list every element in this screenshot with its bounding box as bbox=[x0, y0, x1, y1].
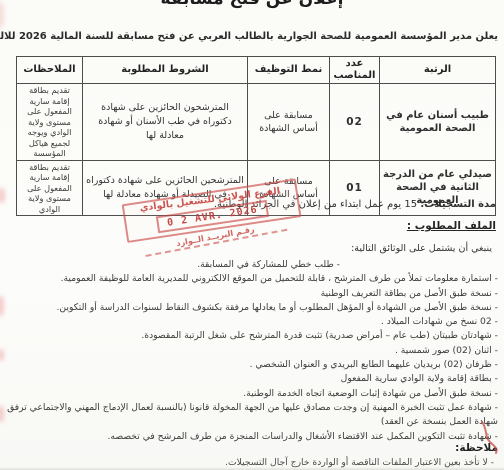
list-item: - نسخة طبق الأصل من الشهادة أو المؤهل ال… bbox=[3, 301, 498, 315]
header-positions: عدد المناصب bbox=[330, 57, 380, 84]
list-item: - شهادتان طبيتان (طب عام – أمراض صدرية) … bbox=[3, 329, 498, 343]
list-item: - نسخة طبق الأصل من شهادة إثبات الوضعية … bbox=[3, 387, 498, 401]
scan-smudge bbox=[0, 188, 5, 203]
header-mode: نمط التوظيف bbox=[248, 57, 330, 84]
scan-smudge bbox=[0, 349, 4, 361]
scanned-announcement-page: إعلان عن فتح مسابقة يعلن مدير المؤسسة ال… bbox=[0, 0, 504, 470]
cell-conditions: المترشحون الحائزين على شهادة دكتوراه في … bbox=[83, 84, 248, 161]
required-file-title: الملف المطلوب : bbox=[407, 220, 496, 232]
list-item: - نسخة طبق الأصل من بطاقة التعريف الوطني… bbox=[3, 287, 498, 301]
registration-label: مدة التسجيلات: bbox=[420, 199, 496, 210]
cell-rank: طبيب أسنان عام في الصحة العمومية bbox=[380, 84, 496, 161]
header-conditions: الشروط المطلوبة bbox=[83, 57, 248, 84]
required-file-subtitle: ينبغي أن يشتمل على الوثائق التالية: bbox=[351, 243, 492, 254]
list-item: - استمارة معلومات تملأ من طرف المترشح ، … bbox=[3, 272, 498, 286]
list-item: - بطاقة إقامة ولاية الوادي سارية المفعول bbox=[3, 372, 498, 386]
list-item: - شهادة عمل تثبت الخبرة المهنية إن وجدت … bbox=[3, 401, 498, 430]
cell-notes: تقديم بطاقة إقامة سارية المفعول على مستو… bbox=[17, 160, 83, 216]
list-item: - 02 نسخ من شهادات الميلاد . bbox=[3, 315, 498, 329]
list-item: - اثنان (02) صور شمسية . bbox=[3, 344, 498, 358]
page-title: إعلان عن فتح مسابقة bbox=[0, 0, 504, 9]
table-row: طبيب أسنان عام في الصحة العمومية 02 مساب… bbox=[17, 84, 496, 161]
cell-mode: مسابقة على أساس الشهادة bbox=[248, 84, 330, 161]
list-item: - شهادة تثبت التكوين المكمل عند الاقتضاء… bbox=[3, 430, 498, 444]
header-notes: الملاحظات bbox=[17, 57, 83, 84]
table-header-row: الرتبة عدد المناصب نمط التوظيف الشروط ال… bbox=[17, 57, 496, 84]
required-documents-list: - طلب خطي للمشاركة في المسابقة. - استمار… bbox=[3, 258, 498, 444]
header-rank: الرتبة bbox=[380, 57, 496, 84]
intro-paragraph: يعلن مدير المؤسسة العمومية للصحة الجواري… bbox=[4, 31, 498, 42]
cell-notes: تقديم بطاقة إقامة سارية المفعول على مستو… bbox=[17, 84, 83, 161]
list-item: - ظرفان (02) بريديان عليهما الطابع البري… bbox=[3, 358, 498, 372]
list-item: - طلب خطي للمشاركة في المسابقة. bbox=[3, 258, 498, 272]
scan-smudge bbox=[0, 2, 4, 28]
red-pen-scribble bbox=[478, 420, 502, 454]
cell-positions: 02 bbox=[330, 84, 380, 161]
